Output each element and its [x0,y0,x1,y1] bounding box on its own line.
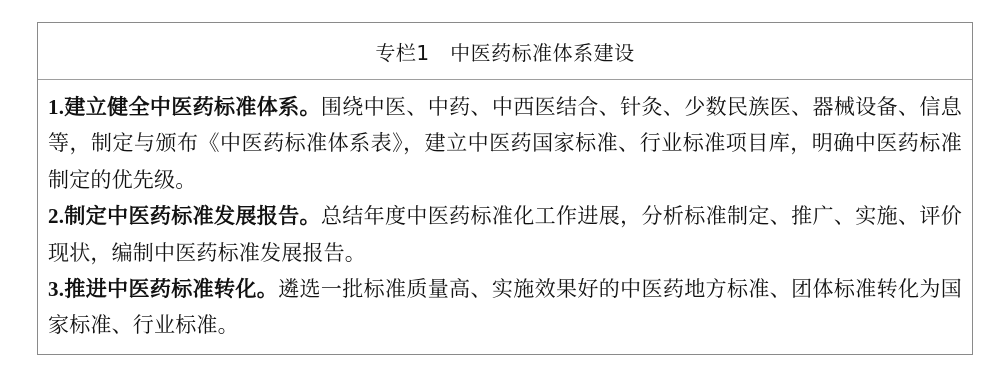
column-panel: 专栏1 中医药标准体系建设 1.建立健全中医药标准体系。围绕中医、中药、中西医结… [37,22,973,355]
item-2-number: 2. [48,204,64,228]
panel-item-1: 1.建立健全中医药标准体系。围绕中医、中药、中西医结合、针灸、少数民族医、器械设… [48,89,962,198]
item-2-heading: 制定中医药标准发展报告。 [64,204,321,228]
panel-body: 1.建立健全中医药标准体系。围绕中医、中药、中西医结合、针灸、少数民族医、器械设… [38,80,972,344]
panel-title-row: 专栏1 中医药标准体系建设 [38,23,972,80]
item-1-heading: 建立健全中医药标准体系。 [64,95,321,119]
panel-title: 专栏1 中医药标准体系建设 [375,37,634,66]
item-1-number: 1. [48,95,64,119]
panel-item-2: 2.制定中医药标准发展报告。总结年度中医药标准化工作进展，分析标准制定、推广、实… [48,198,962,271]
item-3-number: 3. [48,277,64,301]
item-3-heading: 推进中医药标准转化。 [64,277,278,301]
panel-item-3: 3.推进中医药标准转化。遴选一批标准质量高、实施效果好的中医药地方标准、团体标准… [48,271,962,344]
